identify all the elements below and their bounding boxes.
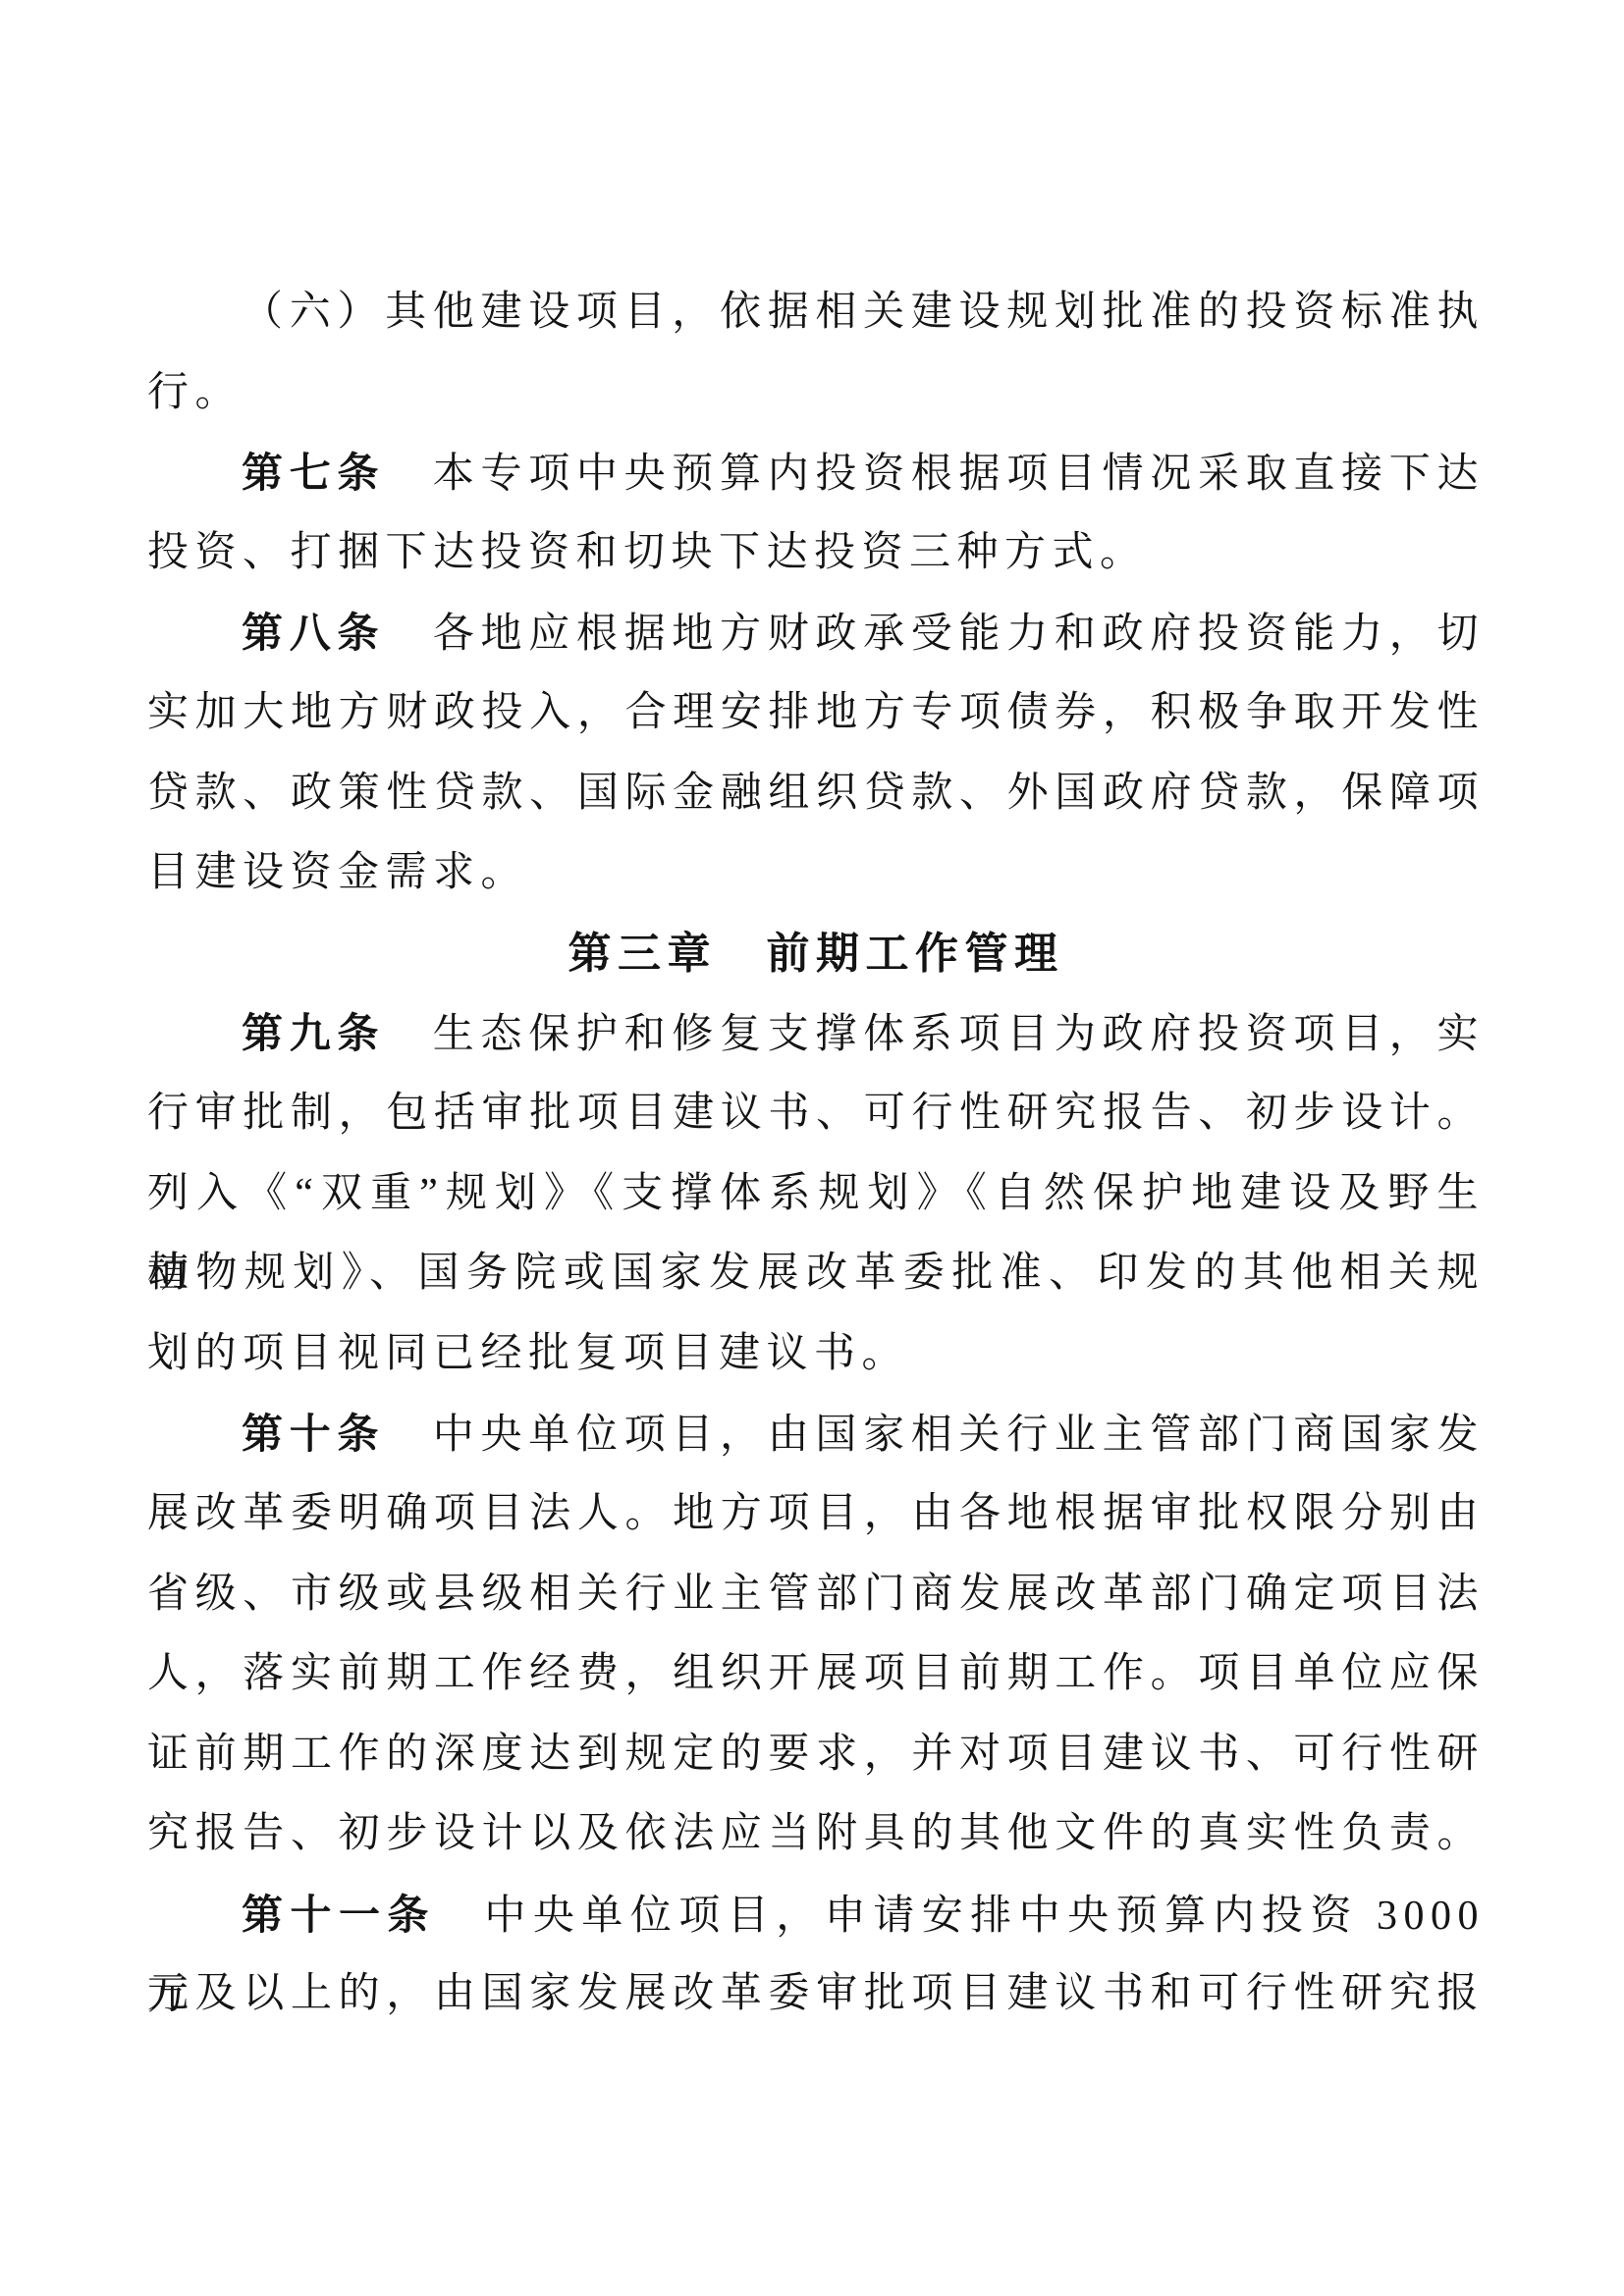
document-content: （六）其他建设项目，依据相关建设规划批准的投资标准执 行。 第七条 本专项中央预… <box>147 273 1485 2035</box>
text-line: 实加大地方财政投入，合理安排地方专项债券，积极争取开发性 <box>147 673 1485 754</box>
text-line-content: 证前期工作的深度达到规定的要求，并对项目建议书、可行性研 <box>147 1732 1485 1777</box>
text-line-content: 投资、打捆下达投资和切块下达投资三种方式。 <box>147 530 1148 575</box>
text-line: 行。 <box>147 353 1485 434</box>
text-line-content: 贷款、政策性贷款、国际金融组织贷款、外国政府贷款，保障项 <box>147 771 1485 816</box>
text-line: 目建设资金需求。 <box>147 833 1485 914</box>
text-line: 证前期工作的深度达到规定的要求，并对项目建议书、可行性研 <box>147 1715 1485 1795</box>
article-number: 第十一条 <box>242 1892 436 1938</box>
article-number: 第八条 <box>242 610 385 656</box>
text-line-content: 行。 <box>147 370 243 415</box>
text-line: 省级、市级或县级相关行业主管部门商发展改革部门确定项目法 <box>147 1555 1485 1635</box>
text-line: 列入《“双重”规划》《支撑体系规划》《自然保护地建设及野生动 <box>147 1154 1485 1235</box>
text-line: 第七条 本专项中央预算内投资根据项目情况采取直接下达 <box>147 433 1485 513</box>
text-line-content: 究报告、初步设计以及依法应当附具的其他文件的真实性负责。 <box>147 1811 1485 1856</box>
text-line-content: 各地应根据地方财政承受能力和政府投资能力，切 <box>385 612 1485 657</box>
text-line-content: 植物规划》、国务院或国家发展改革委批准、印发的其他相关规 <box>147 1251 1485 1296</box>
text-line: 人，落实前期工作经费，组织开展项目前期工作。项目单位应保 <box>147 1634 1485 1715</box>
text-line: 贷款、政策性贷款、国际金融组织贷款、外国政府贷款，保障项 <box>147 754 1485 834</box>
text-line-content: 行审批制，包括审批项目建议书、可行性研究报告、初步设计。 <box>147 1091 1485 1136</box>
text-line: 第十条 中央单位项目，由国家相关行业主管部门商国家发 <box>147 1394 1485 1474</box>
text-line: （六）其他建设项目，依据相关建设规划批准的投资标准执 <box>147 273 1485 353</box>
article-number: 第九条 <box>242 1010 385 1056</box>
text-line-content: 人，落实前期工作经费，组织开展项目前期工作。项目单位应保 <box>147 1651 1485 1696</box>
article-number: 第十条 <box>242 1411 385 1457</box>
chapter-heading-text: 第三章 前期工作管理 <box>568 930 1064 978</box>
text-line-content: 展改革委明确项目法人。地方项目，由各地根据审批权限分别由 <box>147 1491 1485 1536</box>
text-line: 行审批制，包括审批项目建议书、可行性研究报告、初步设计。 <box>147 1074 1485 1154</box>
text-line-content: 目建设资金需求。 <box>147 850 528 895</box>
text-line: 投资、打捆下达投资和切块下达投资三种方式。 <box>147 513 1485 594</box>
article-number: 第七条 <box>242 450 385 496</box>
text-line-content: 生态保护和修复支撑体系项目为政府投资项目，实 <box>385 1012 1485 1057</box>
chapter-heading: 第三章 前期工作管理 <box>147 914 1485 994</box>
text-line-content: 中央单位项目，由国家相关行业主管部门商国家发 <box>385 1413 1485 1458</box>
text-line-content: 元及以上的，由国家发展改革委审批项目建议书和可行性研究报 <box>147 1971 1485 2016</box>
text-line-content: 本专项中央预算内投资根据项目情况采取直接下达 <box>385 452 1485 497</box>
text-line: 植物规划》、国务院或国家发展改革委批准、印发的其他相关规 <box>147 1234 1485 1314</box>
text-line: 第八条 各地应根据地方财政承受能力和政府投资能力，切 <box>147 593 1485 673</box>
text-line: 元及以上的，由国家发展改革委审批项目建议书和可行性研究报 <box>147 1954 1485 2035</box>
document-page: （六）其他建设项目，依据相关建设规划批准的投资标准执 行。 第七条 本专项中央预… <box>0 0 1624 2296</box>
text-line: 划的项目视同已经批复项目建议书。 <box>147 1314 1485 1395</box>
text-line-content: （六）其他建设项目，依据相关建设规划批准的投资标准执 <box>242 290 1485 335</box>
text-line: 第十一条 中央单位项目，申请安排中央预算内投资 3000 万 <box>147 1875 1485 1955</box>
text-line: 究报告、初步设计以及依法应当附具的其他文件的真实性负责。 <box>147 1794 1485 1875</box>
text-line-content: 划的项目视同已经批复项目建议书。 <box>147 1331 909 1376</box>
text-line: 展改革委明确项目法人。地方项目，由各地根据审批权限分别由 <box>147 1474 1485 1555</box>
text-line: 第九条 生态保护和修复支撑体系项目为政府投资项目，实 <box>147 993 1485 1074</box>
text-line-content: 实加大地方财政投入，合理安排地方专项债券，积极争取开发性 <box>147 690 1485 735</box>
text-line-content: 省级、市级或县级相关行业主管部门商发展改革部门确定项目法 <box>147 1572 1485 1617</box>
